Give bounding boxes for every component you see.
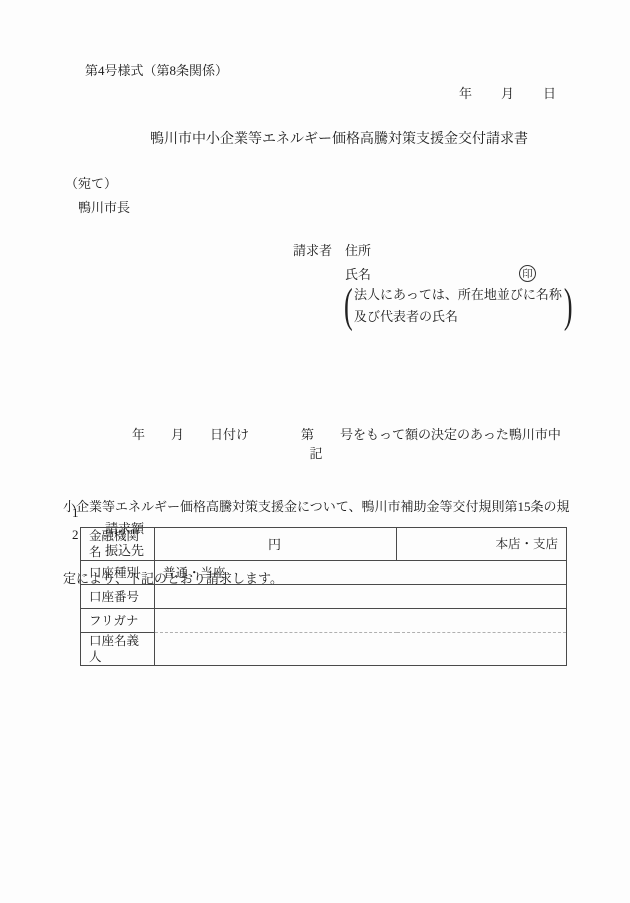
document-title: 鴨川市中小企業等エネルギー価格高騰対策支援金交付請求書 bbox=[150, 132, 528, 148]
table-row-furigana: フリガナ bbox=[81, 609, 567, 633]
furigana-label-cell: フリガナ bbox=[81, 609, 155, 633]
date-line: 年 月 日 bbox=[459, 86, 557, 102]
corporate-note: ( 法人にあっては、所在地並びに名称及び代表者の氏名 ) bbox=[344, 284, 572, 328]
note-line-2: 及び代表者の氏名 bbox=[354, 309, 458, 324]
section-marker-ki: 記 bbox=[63, 446, 569, 462]
bank-name-label-cell: 金融機関名 bbox=[81, 528, 155, 561]
account-number-label-cell: 口座番号 bbox=[81, 585, 155, 609]
seal-mark-icon: 印 bbox=[519, 265, 536, 282]
corporate-note-text: 法人にあっては、所在地並びに名称及び代表者の氏名 bbox=[352, 284, 564, 328]
note-open-paren: ( bbox=[344, 265, 352, 346]
table-row-account-number: 口座番号 bbox=[81, 585, 567, 609]
account-number-field bbox=[155, 585, 567, 609]
document-page: 第4号様式（第8条関係） 年 月 日 鴨川市中小企業等エネルギー価格高騰対策支援… bbox=[0, 0, 630, 903]
table-row-account-holder: 口座名義人 bbox=[81, 633, 567, 666]
branch-type-label-cell: 本店・支店 bbox=[397, 528, 567, 561]
table-row-bank-name: 金融機関名 本店・支店 bbox=[81, 528, 567, 561]
note-line-1: 法人にあっては、所在地並びに名称 bbox=[354, 287, 562, 302]
transfer-item-number: 2 bbox=[72, 527, 79, 543]
addressee-to-label: （宛て） bbox=[65, 176, 117, 192]
bank-name-field bbox=[155, 528, 397, 561]
seal-character: 印 bbox=[522, 269, 533, 280]
table-row-account-type: 口座種別 普通・当座 bbox=[81, 561, 567, 585]
furigana-field bbox=[155, 609, 567, 633]
account-type-value-cell: 普通・当座 bbox=[155, 561, 567, 585]
bank-account-table: 金融機関名 本店・支店 口座種別 普通・当座 口座番号 フリガナ 口座名義人 bbox=[80, 527, 567, 666]
body-line-1: 年 月 日付け 第 号をもって額の決定のあった鴨川市中 bbox=[63, 423, 569, 447]
form-number: 第4号様式（第8条関係） bbox=[85, 63, 228, 79]
claim-amount-row: 1 請求額 円 bbox=[0, 489, 630, 507]
requester-address-label: 住所 bbox=[345, 243, 371, 259]
account-type-label-cell: 口座種別 bbox=[81, 561, 155, 585]
account-holder-label-cell: 口座名義人 bbox=[81, 633, 155, 666]
addressee-name: 鴨川市長 bbox=[78, 200, 130, 216]
note-close-paren: ) bbox=[564, 265, 572, 346]
account-holder-field bbox=[155, 633, 567, 666]
requester-label: 請求者 bbox=[293, 243, 332, 259]
